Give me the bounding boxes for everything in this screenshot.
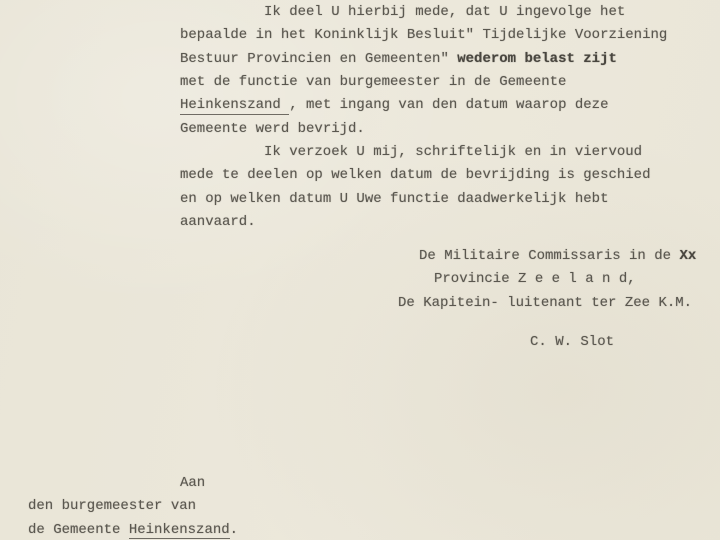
signature-block: De Militaire Commissaris in de Xx Provin…	[398, 245, 720, 354]
address-text: de Gemeente	[28, 522, 129, 538]
body-line-2: bepaalde in het Koninklijk Besluit" Tijd…	[180, 24, 719, 47]
address-line-1: Aan	[28, 472, 428, 495]
signature-province-line: Provincie Z e e l a n d,	[398, 268, 720, 291]
address-line-2: den burgemeester van	[28, 495, 428, 518]
body-line-5: Heinkenszand , met ingang van den datum …	[180, 94, 719, 117]
body-text: aanvaard.	[180, 214, 256, 230]
body-text: , met ingang van den datum waarop deze	[289, 97, 608, 113]
address-block: Aan den burgemeester van de Gemeente Hei…	[28, 472, 428, 540]
signature-text: De Kapitein- luitenant ter Zee K.M.	[398, 295, 692, 311]
signature-rank-line: De Kapitein- luitenant ter Zee K.M.	[398, 292, 720, 315]
body-text: en op welken datum U Uwe functie daadwer…	[180, 191, 608, 207]
letter-body: Ik deel U hierbij mede, dat U ingevolge …	[180, 1, 719, 234]
gemeente-name-underlined: Heinkenszand	[180, 97, 289, 115]
signee-name: C. W. Slot	[530, 334, 614, 350]
body-line-9: en op welken datum U Uwe functie daadwer…	[180, 188, 719, 211]
scanned-letter-page: Ik deel U hierbij mede, dat U ingevolge …	[0, 0, 720, 540]
body-line-3: Bestuur Provincien en Gemeenten" wederom…	[180, 48, 719, 71]
body-line-8: mede te deelen op welken datum de bevrij…	[180, 164, 719, 187]
address-line-3: de Gemeente Heinkenszand.	[28, 519, 428, 540]
body-line-7: Ik verzoek U mij, schriftelijk en in vie…	[180, 141, 719, 164]
body-text: met de functie van burgemeester in de Ge…	[180, 74, 566, 90]
body-text: Ik deel U hierbij mede, dat U ingevolge …	[264, 4, 625, 20]
body-text: bepaalde in het Koninklijk Besluit" Tijd…	[180, 27, 667, 43]
body-text: Ik verzoek U mij, schriftelijk en in vie…	[264, 144, 642, 160]
address-text: .	[230, 522, 238, 538]
address-text: den burgemeester van	[28, 498, 196, 514]
signee-name-line: C. W. Slot	[398, 331, 720, 354]
address-text: Aan	[180, 475, 205, 491]
overstruck-bold-text: wederom belast zijt	[457, 51, 617, 67]
body-line-1: Ik deel U hierbij mede, dat U ingevolge …	[180, 1, 719, 24]
signature-text: De Militaire Commissaris in de	[419, 248, 679, 264]
body-line-6: Gemeente werd bevrijd.	[180, 118, 719, 141]
body-text: Bestuur Provincien en Gemeenten"	[180, 51, 457, 67]
body-line-10: aanvaard.	[180, 211, 719, 234]
struck-out-characters: Xx	[679, 248, 696, 264]
signature-title-line: De Militaire Commissaris in de Xx	[398, 245, 720, 268]
body-text: mede te deelen op welken datum de bevrij…	[180, 167, 650, 183]
addressee-gemeente-underlined: Heinkenszand	[129, 522, 230, 540]
body-line-4: met de functie van burgemeester in de Ge…	[180, 71, 719, 94]
signature-text: Provincie Z e e l a n d,	[434, 271, 636, 287]
body-text: Gemeente werd bevrijd.	[180, 121, 365, 137]
